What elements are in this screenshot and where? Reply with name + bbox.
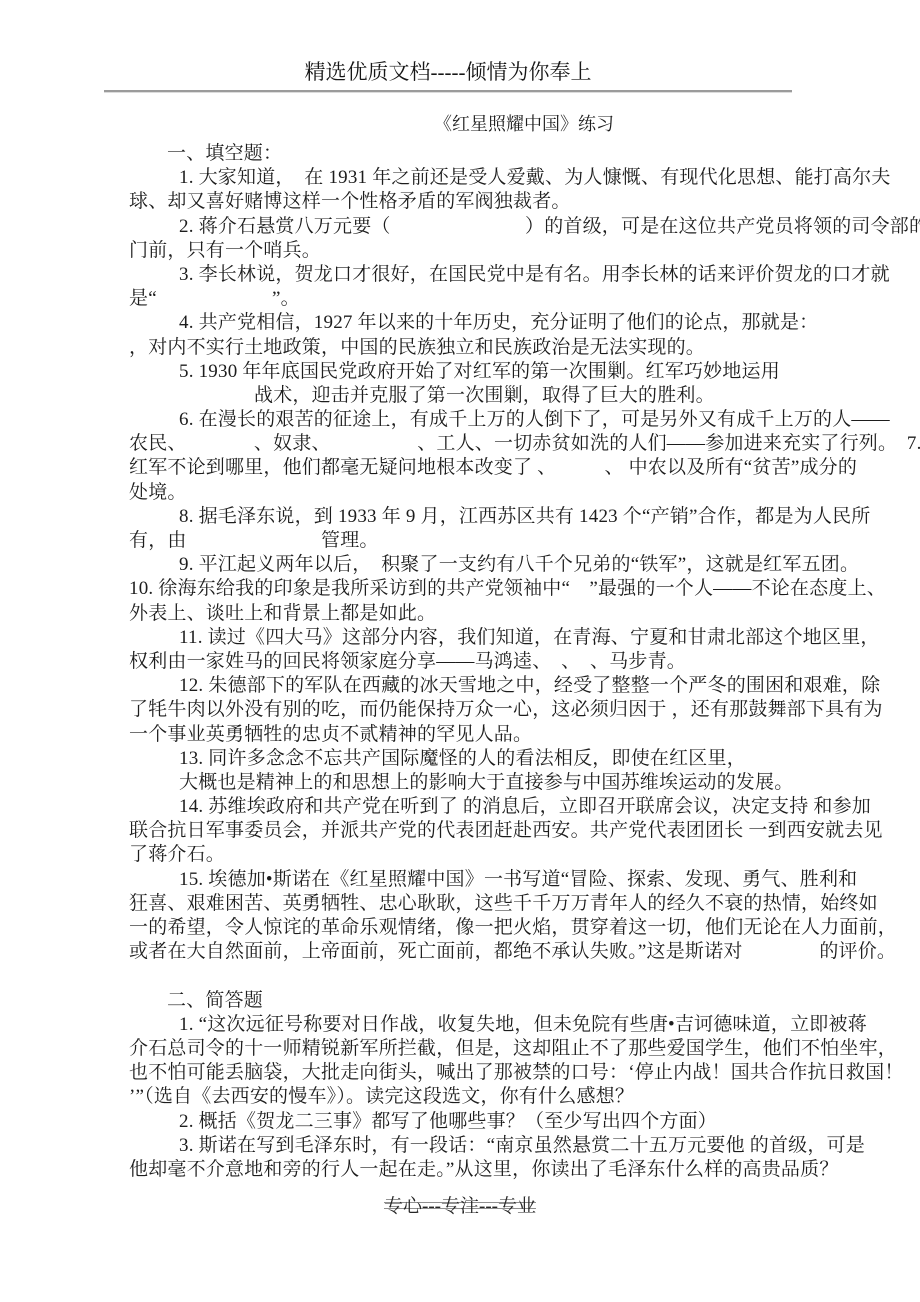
page-header: 精选优质文档-----倾情为你奉上 [104, 60, 792, 92]
document-line: 他却毫不介意地和旁的行人一起在走。”从这里，你读出了毛泽东什么样的高贵品质？ [129, 1158, 900, 1182]
document-line: 3. 斯诺在写到毛泽东时，有一段话：“南京虽然悬赏二十五万元要他 的首级，可是 [179, 1134, 900, 1158]
document-line: 或者在大自然面前，上帝面前，死亡面前，都绝不承认失败。”这是斯诺对 的评价。 [129, 940, 900, 964]
document-line: 一个事业英勇牺牲的忠贞不贰精神的罕见人品。 [129, 723, 900, 747]
document-line: 1. “这次远征号称要对日作战，收复失地，但未免院有些唐•吉诃德味道，立即被蒋 [179, 1013, 900, 1037]
document-line: 9. 平江起义两年以后， 积聚了一支约有八千个兄弟的“铁军”，这就是红军五团。 [179, 553, 900, 577]
blank-line [129, 964, 900, 988]
document-line: 8. 据毛泽东说，到 1933 年 9 月，江西苏区共有 1423 个“产销”合… [179, 505, 900, 529]
document-line: 3. 李长林说，贺龙口才很好，在国民党中是有名。用李长林的话来评价贺龙的口才就 [179, 263, 900, 287]
document-line: 1. 大家知道， 在 1931 年之前还是受人爱戴、为人慷慨、有现代化思想、能打… [179, 166, 900, 190]
document-line: ’”（选自《去西安的慢车》）。读完这段选文，你有什么感想？ [129, 1085, 900, 1109]
header-text: 精选优质文档-----倾情为你奉上 [305, 60, 592, 84]
document-line: ，对内不实行土地政策，中国的民族独立和民族政治是无法实现的。 [129, 336, 900, 360]
document-line: 一、填空题： [167, 142, 900, 166]
document-line: 一的希望，令人惊诧的革命乐观情绪，像一把火焰，贯穿着这一切，他们无论在人力面前， [129, 916, 900, 940]
document-line: 权利由一家姓马的回民将领家庭分享——马鸿逵、 、 、马步青。 [129, 650, 900, 674]
document-line: 了牦牛肉以外没有别的吃，而仍能保持万众一心，这必须归因于 ，还有那鼓舞部下具有为 [129, 698, 900, 722]
footer-text: 专心---专注---专业 [384, 1195, 536, 1219]
document-line: 2. 蒋介石悬赏八万元要（ ）的首级，可是在这位共产党员将领的司令部的 [179, 215, 900, 239]
document-line: 了蒋介石。 [129, 843, 900, 867]
document-line: 5. 1930 年年底国民党政府开始了对红军的第一次围剿。红军巧妙地运用 [179, 360, 900, 384]
document-line: 二、简答题 [167, 989, 900, 1013]
page-title: 《红星照耀中国》练习 [0, 112, 920, 136]
document-line: 也不怕可能丢脑袋，大批走向街头，喊出了那被禁的口号：‘停止内战！国共合作抗日救国… [129, 1061, 900, 1085]
document-line: 联合抗日军事委员会，并派共产党的代表团赶赴西安。共产党代表团团长 一到西安就去见 [129, 819, 900, 843]
document-line: 15. 埃德加•斯诺在《红星照耀中国》一书写道“冒险、探索、发现、勇气、胜利和 [179, 868, 900, 892]
document-line: 处境。 [129, 481, 900, 505]
document-line: 6. 在漫长的艰苦的征途上，有成千上万的人倒下了，可是另外又有成千上万的人—— [179, 408, 900, 432]
document-line: 狂喜、艰难困苦、英勇牺牲、忠心耿耿，这些千千万万青年人的经久不衰的热情，始终如 [129, 892, 900, 916]
document-line: 是“ ”。 [129, 287, 900, 311]
document-line: 外表上、谈吐上和背景上都是如此。 [129, 602, 900, 626]
document-line: 有，由 管理。 [129, 529, 900, 553]
document-line: 10. 徐海东给我的印象是我所采访到的共产党领袖中“ ”最强的一个人——不论在态… [129, 577, 900, 601]
document-line: 13. 同许多念念不忘共产国际魔怪的人的看法相反，即使在红区里， [179, 747, 900, 771]
document-line: 14. 苏维埃政府和共产党在听到了 的消息后，立即召开联席会议，决定支持 和参加 [179, 795, 900, 819]
page-footer: 专心---专注---专业 [0, 1195, 920, 1219]
document-line: 12. 朱德部下的军队在西藏的冰天雪地之中，经受了整整一个严冬的围困和艰难，除 [179, 674, 900, 698]
document-line: 战术，迎击并克服了第一次围剿，取得了巨大的胜利。 [254, 384, 900, 408]
document-line: 介石总司令的十一师精锐新军所拦截，但是，这却阻止不了那些爱国学生，他们不怕坐牢， [129, 1037, 900, 1061]
document-line: 红军不论到哪里，他们都毫无疑问地根本改变了 、 、 中农以及所有“贫苦”成分的 [129, 456, 900, 480]
document-line: 门前，只有一个哨兵。 [129, 239, 900, 263]
document-line: 大概也是精神上的和思想上的影响大于直接参与中国苏维埃运动的发展。 [179, 771, 900, 795]
document-line: 11. 读过《四大马》这部分内容，我们知道，在青海、宁夏和甘肃北部这个地区里， [179, 626, 900, 650]
document-page: 精选优质文档-----倾情为你奉上 《红星照耀中国》练习 一、填空题：1. 大家… [0, 0, 920, 1302]
document-body: 一、填空题：1. 大家知道， 在 1931 年之前还是受人爱戴、为人慷慨、有现代… [129, 142, 900, 1182]
document-line: 4. 共产党相信，1927 年以来的十年历史，充分证明了他们的论点，那就是： [179, 311, 900, 335]
document-line: 农民、 、奴隶、 、工人、一切赤贫如洗的人们——参加进来充实了行列。 7. [129, 432, 900, 456]
document-line: 2. 概括《贺龙二三事》都写了他哪些事？（至少写出四个方面） [179, 1110, 900, 1134]
document-line: 球、却又喜好赌博这样一个性格矛盾的军阀独裁者。 [129, 190, 900, 214]
